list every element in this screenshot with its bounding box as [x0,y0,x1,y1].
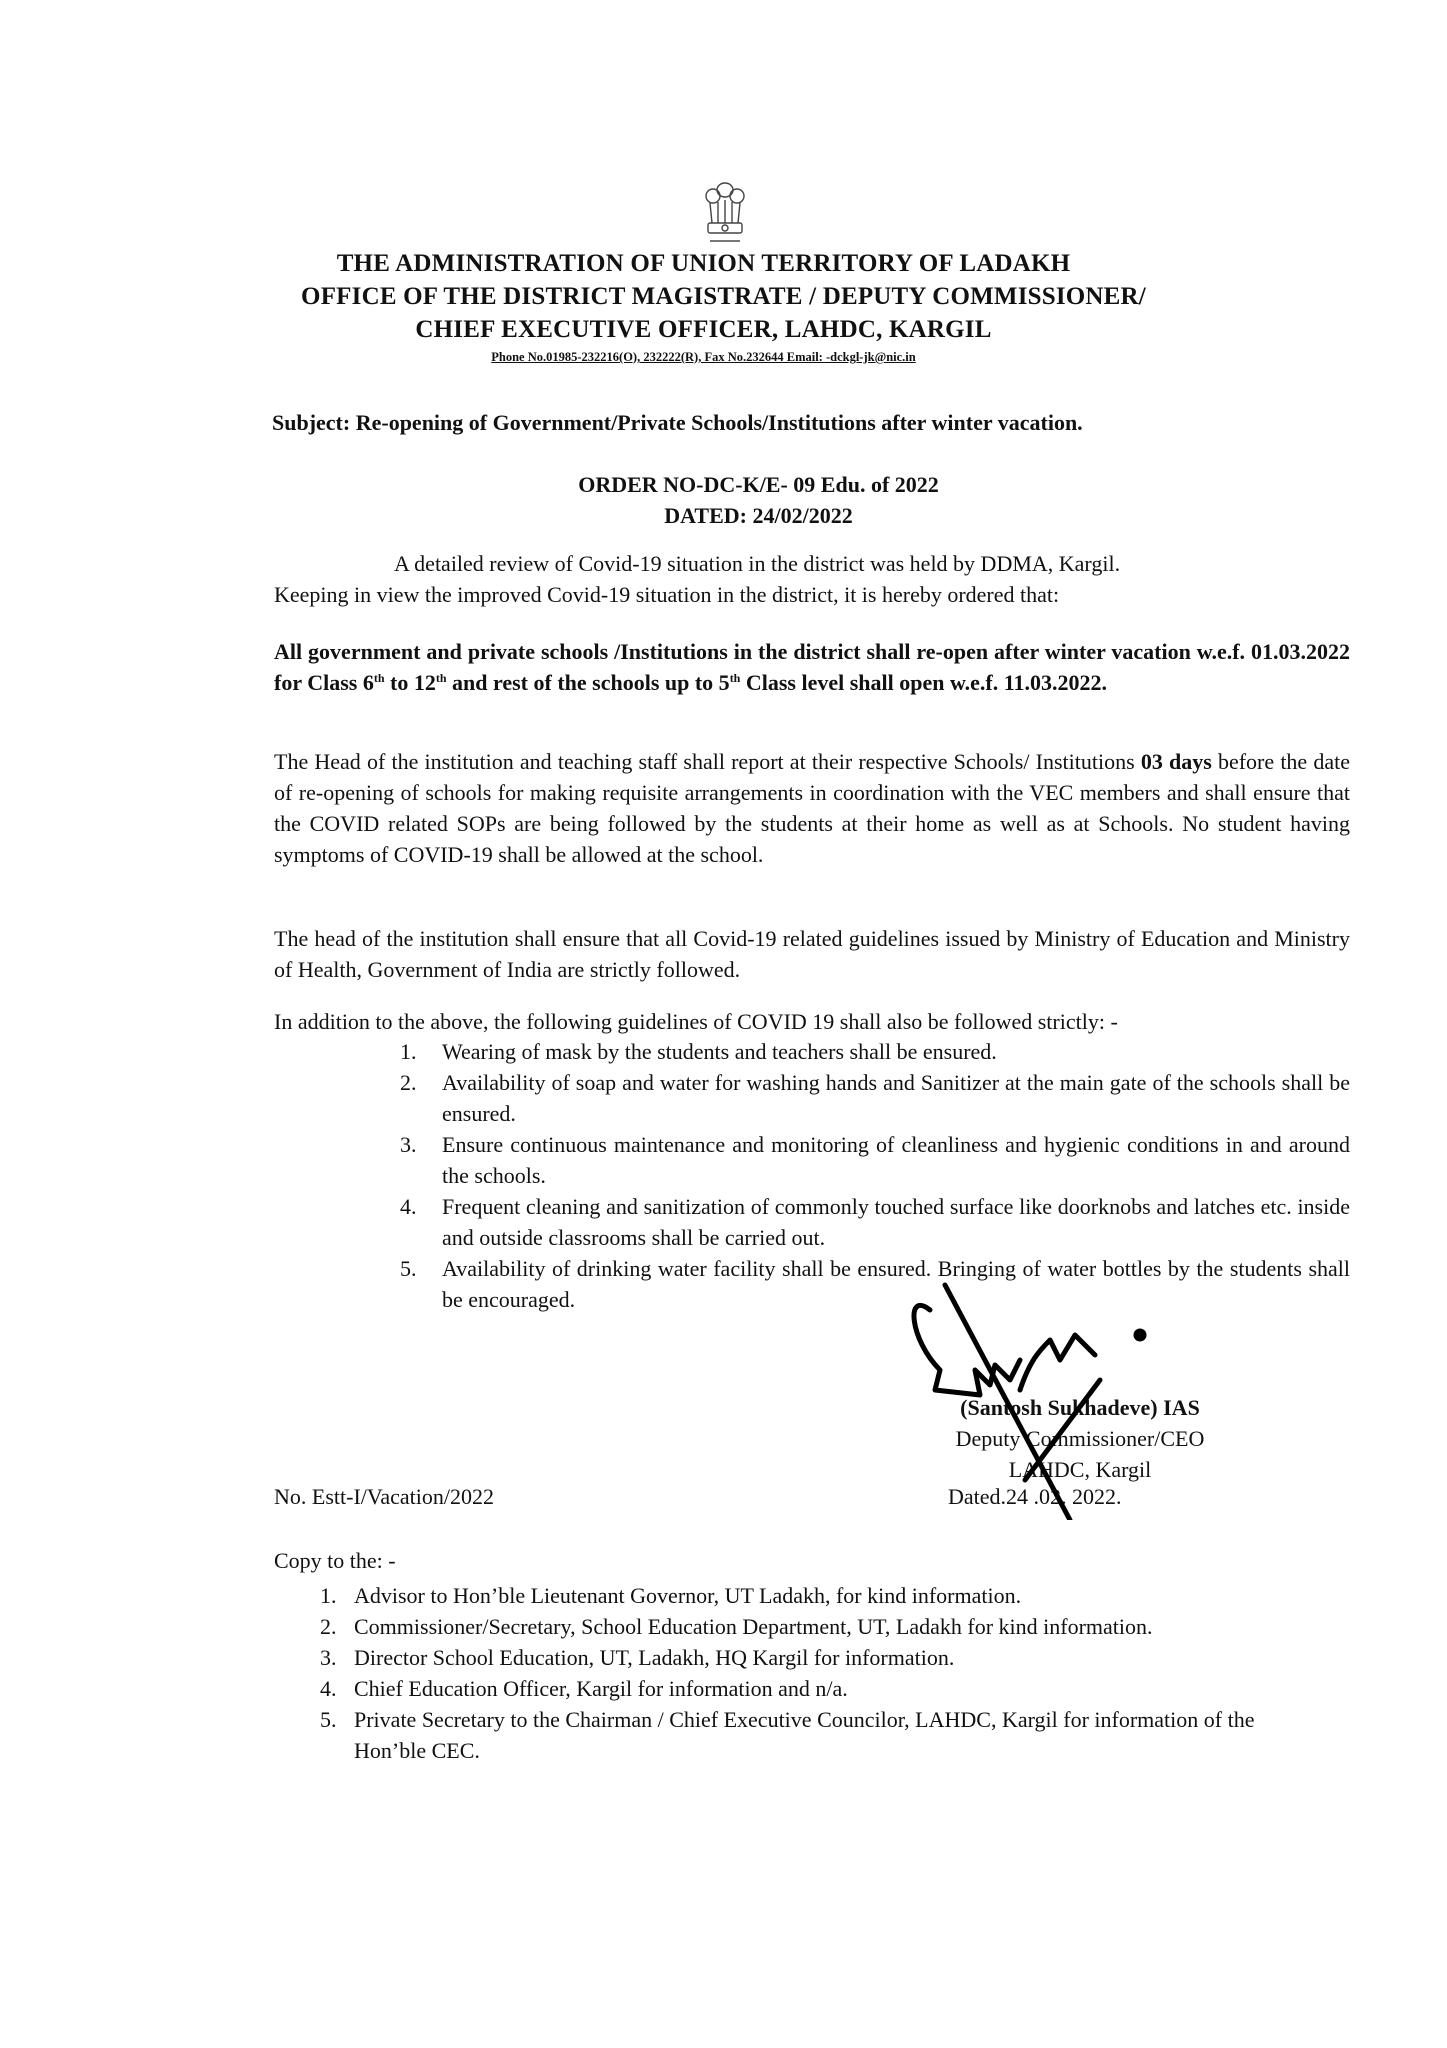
item-text: Ensure continuous maintenance and monito… [442,1132,1350,1188]
item-text: Frequent cleaning and sanitization of co… [442,1194,1350,1250]
copy-to-item: 2.Commissioner/Secretary, School Educati… [320,1611,1300,1642]
item-number: 4. [320,1673,337,1704]
item-text: Availability of drinking water facility … [442,1256,1350,1312]
item-number: 3. [320,1642,337,1673]
contact-line: Phone No.01985-232216(O), 232222(R), Fax… [0,350,1427,365]
staff-report-paragraph: The Head of the institution and teaching… [274,746,1350,870]
header-line-3: CHIEF EXECUTIVE OFFICER, LAHDC, KARGIL [0,316,1427,344]
item-number: 2. [320,1611,337,1642]
guideline-item: 4.Frequent cleaning and sanitization of … [320,1191,1350,1253]
copy-to-item: 5.Private Secretary to the Chairman / Ch… [320,1704,1300,1766]
copy-to-item: 3.Director School Education, UT, Ladakh,… [320,1642,1300,1673]
guideline-item: 3.Ensure continuous maintenance and moni… [320,1129,1350,1191]
item-text: Chief Education Officer, Kargil for info… [354,1676,848,1701]
copy-to-item: 1.Advisor to Hon’ble Lieutenant Governor… [320,1580,1300,1611]
item-text: Availability of soap and water for washi… [442,1070,1350,1126]
item-number: 4. [400,1191,417,1222]
guideline-item: 2.Availability of soap and water for was… [320,1067,1350,1129]
copy-to-heading: Copy to the: - [274,1548,396,1574]
guideline-item: 1.Wearing of mask by the students and te… [320,1036,1350,1067]
guidelines-list: 1.Wearing of mask by the students and te… [320,1036,1350,1315]
directive-text: to 12 [385,670,436,695]
item-number: 5. [320,1704,337,1735]
item-number: 2. [400,1067,417,1098]
subject-line: Subject: Re-opening of Government/Privat… [272,410,1083,436]
directive-text: Class level shall open w.e.f. 11.03.2022… [740,670,1107,695]
order-date: DATED: 24/02/2022 [35,503,1447,529]
item-text: Director School Education, UT, Ladakh, H… [354,1645,954,1670]
item-number: 1. [320,1580,337,1611]
superscript: th [374,671,385,685]
intro-line-2: Keeping in view the improved Covid-19 si… [274,579,1350,610]
copy-to-item: 4.Chief Education Officer, Kargil for in… [320,1673,1300,1704]
intro-paragraph: A detailed review of Covid-19 situation … [274,548,1350,610]
header-line-2: OFFICE OF THE DISTRICT MAGISTRATE / DEPU… [0,283,1447,311]
item-text: Advisor to Hon’ble Lieutenant Governor, … [354,1583,1021,1608]
reference-date: Dated.24 .02. 2022. [948,1484,1122,1510]
additional-intro: In addition to the above, the following … [274,1006,1350,1037]
directive-paragraph: All government and private schools /Inst… [274,636,1350,698]
item-text: Commissioner/Secretary, School Education… [354,1614,1153,1639]
order-number: ORDER NO-DC-K/E- 09 Edu. of 2022 [35,472,1447,498]
staff-report-text: The Head of the institution and teaching… [274,749,1141,774]
superscript: th [436,671,447,685]
item-number: 1. [400,1036,417,1067]
copy-to-list: 1.Advisor to Hon’ble Lieutenant Governor… [320,1580,1300,1766]
reference-number: No. Estt-I/Vacation/2022 [274,1484,494,1510]
item-number: 5. [400,1253,417,1284]
item-text: Private Secretary to the Chairman / Chie… [354,1707,1254,1763]
item-number: 3. [400,1129,417,1160]
state-emblem-icon [700,178,750,250]
header-line-1: THE ADMINISTRATION OF UNION TERRITORY OF… [0,250,1427,278]
directive-text: and rest of the schools up to 5 [447,670,730,695]
superscript: th [730,671,741,685]
staff-report-emphasis: 03 days [1141,749,1212,774]
item-text: Wearing of mask by the students and teac… [442,1039,997,1064]
intro-line-1: A detailed review of Covid-19 situation … [274,548,1350,579]
guidelines-paragraph: The head of the institution shall ensure… [274,923,1350,985]
